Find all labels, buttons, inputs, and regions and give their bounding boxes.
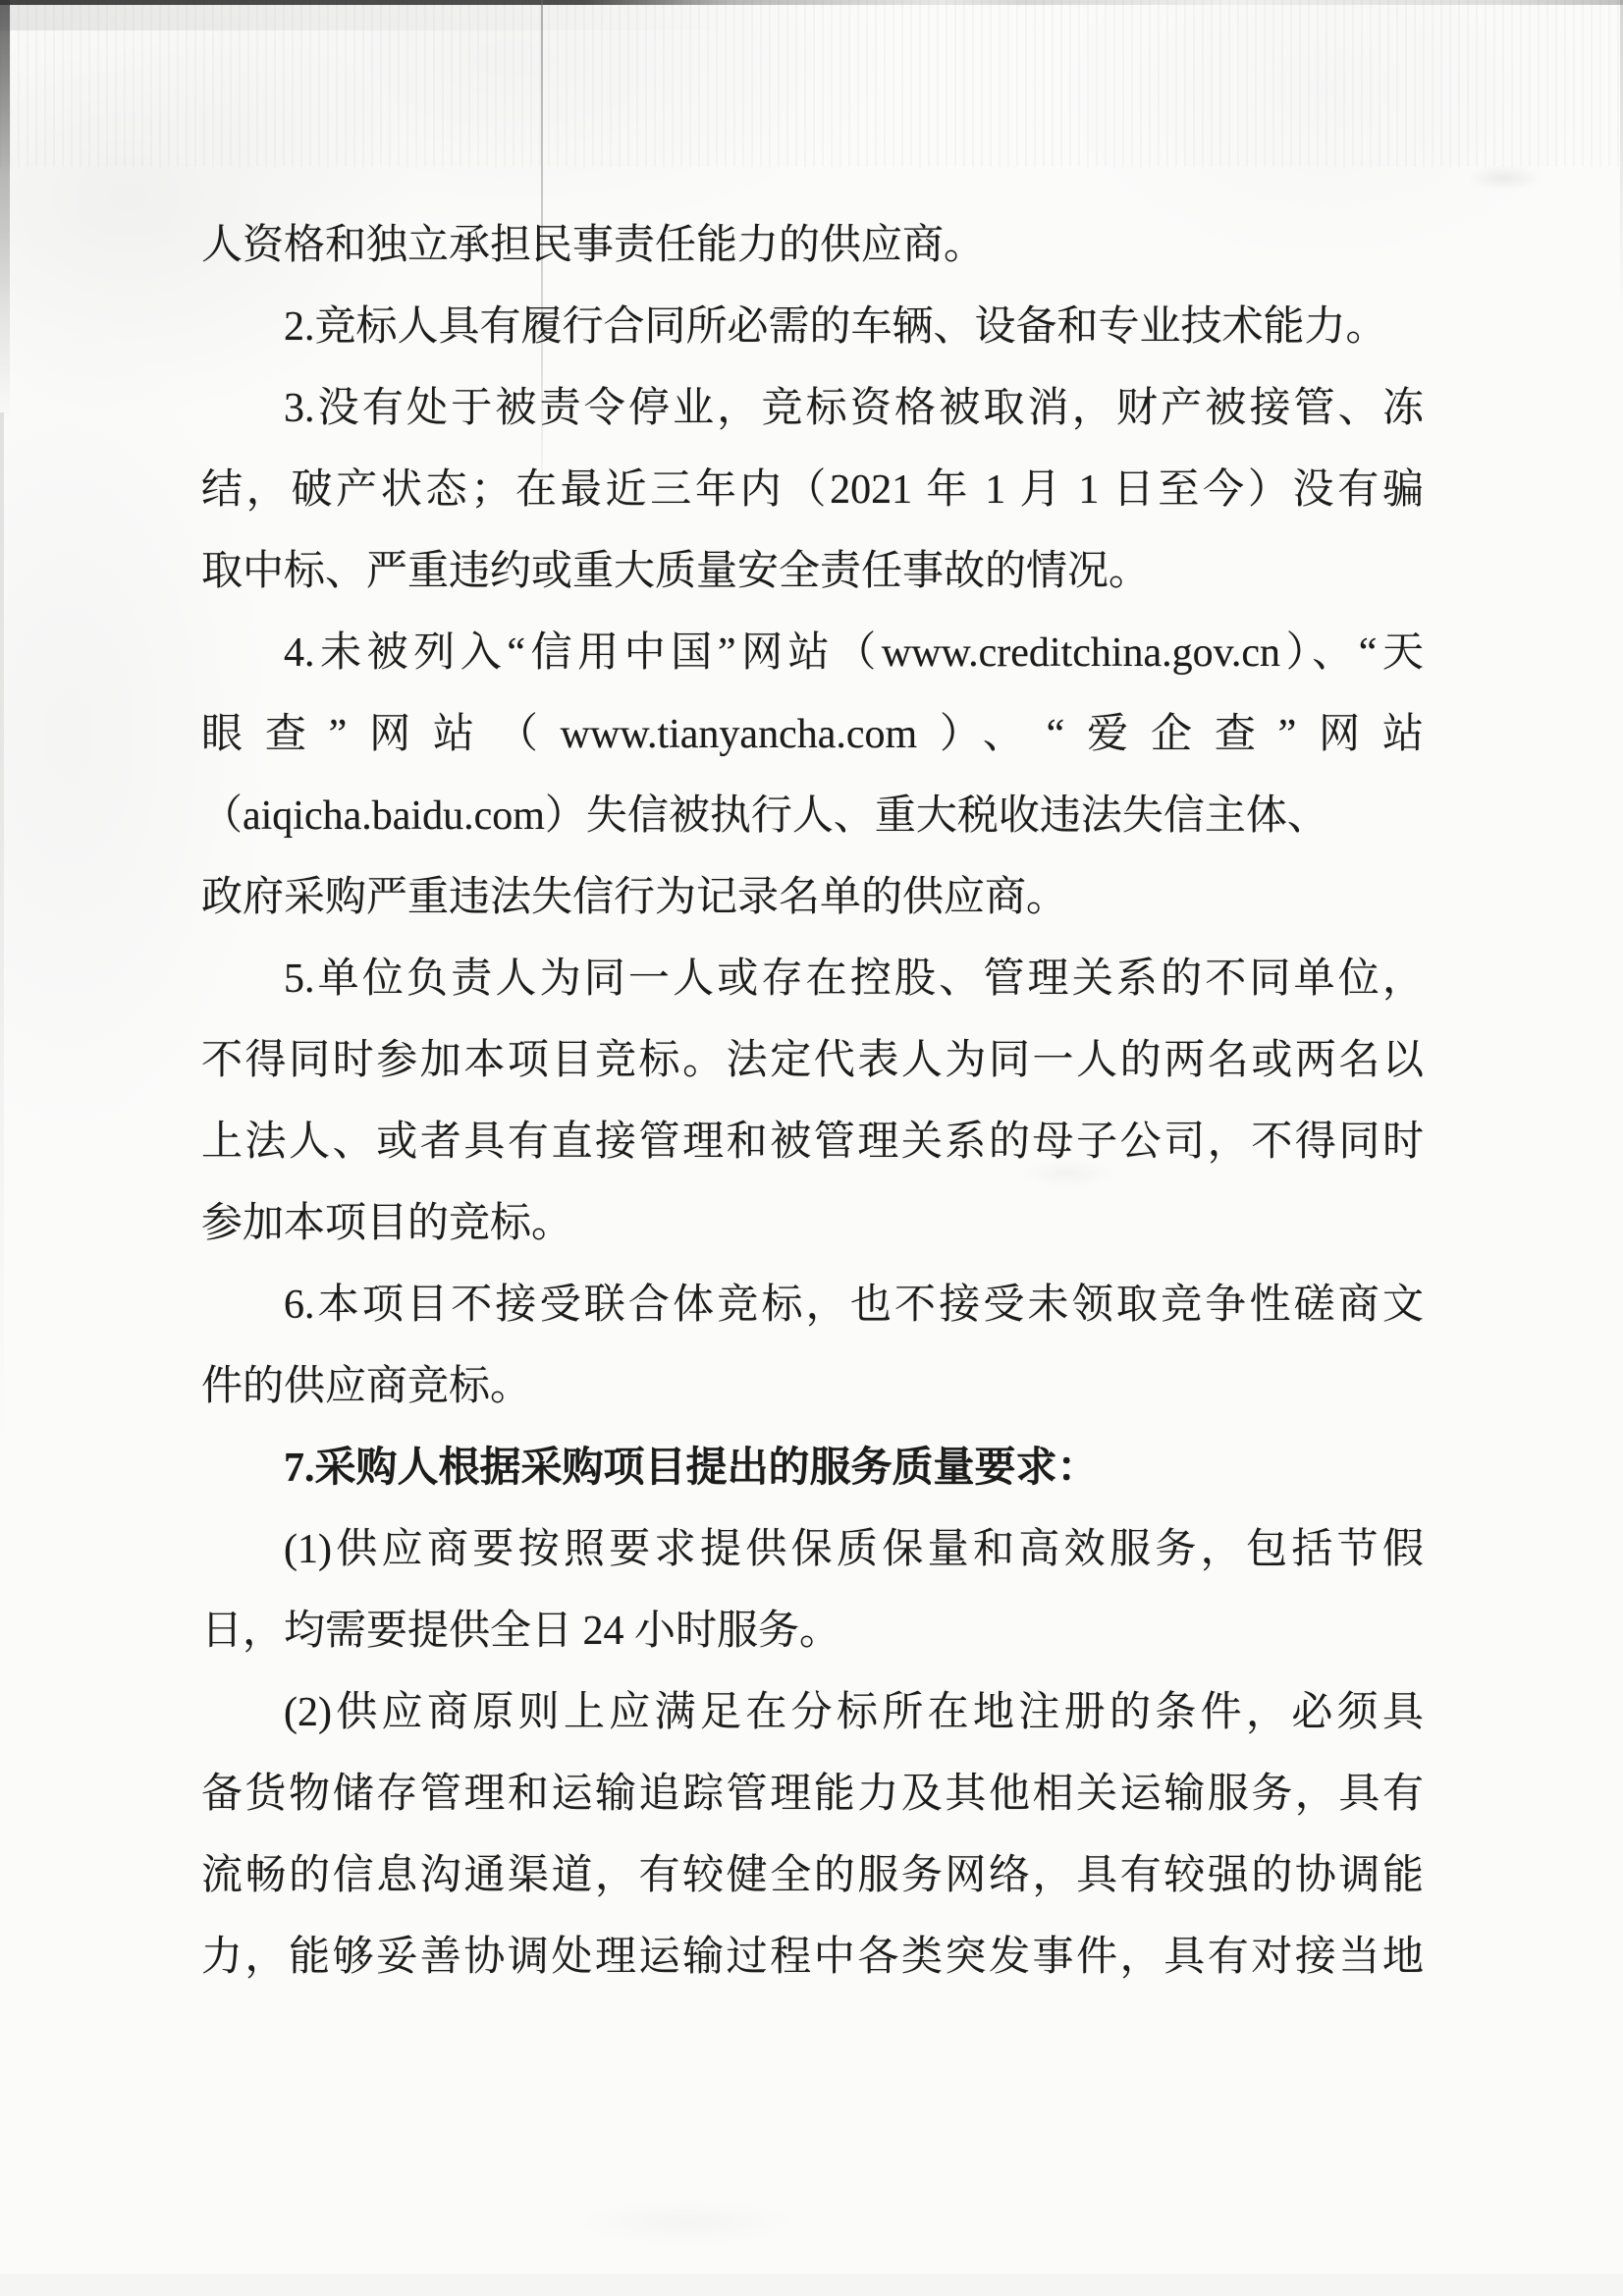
text-line: 上法人、或者具有直接管理和被管理关系的母子公司，不得同时: [201, 1102, 1424, 1183]
text-line: （aiqicha.baidu.com）失信被执行人、重大税收违法失信主体、: [201, 776, 1424, 857]
text-line: 参加本项目的竞标。: [201, 1183, 1424, 1265]
text-line: 眼查”网站（www.tianyancha.com）、“爱企查”网站: [201, 694, 1424, 776]
text-line: 3.没有处于被责令停业，竞标资格被取消，财产被接管、冻: [201, 368, 1424, 450]
scan-artifact-left-edge: [0, 0, 10, 422]
text-line: 2.竞标人具有履行合同所必需的车辆、设备和专业技术能力。: [201, 287, 1424, 368]
text-line: 4.未被列入“信用中国”网站（www.creditchina.gov.cn）、“…: [201, 613, 1424, 694]
text-line: 力，能够妥善协调处理运输过程中各类突发事件，具有对接当地: [201, 1917, 1424, 1998]
scan-artifact-top-edge: [0, 0, 1623, 5]
text-line: 取中标、严重违约或重大质量安全责任事故的情况。: [201, 531, 1424, 613]
scan-artifact-ghost-smudge: [579, 2200, 795, 2245]
text-line: 流畅的信息沟通渠道，有较健全的服务网络，具有较强的协调能: [201, 1835, 1424, 1917]
scan-artifact-bottom-band: [0, 2274, 1623, 2296]
text-line: 不得同时参加本项目竞标。法定代表人为同一人的两名或两名以: [201, 1020, 1424, 1102]
scanned-document-page: 人资格和独立承担民事责任能力的供应商。2.竞标人具有履行合同所必需的车辆、设备和…: [0, 0, 1623, 2296]
text-line: (2)供应商原则上应满足在分标所在地注册的条件，必须具: [201, 1672, 1424, 1754]
text-line: 人资格和独立承担民事责任能力的供应商。: [201, 205, 1424, 287]
scan-artifact-left-edge-faint: [0, 412, 4, 1444]
text-line: (1)供应商要按照要求提供保质保量和高效服务，包括节假: [201, 1509, 1424, 1591]
scan-artifact-ghost-smudge: [1468, 165, 1541, 191]
text-line: 6.本项目不接受联合体竞标，也不接受未领取竞争性磋商文: [201, 1265, 1424, 1346]
text-line: 备货物储存管理和运输追踪管理能力及其他相关运输服务，具有: [201, 1754, 1424, 1835]
text-line: 结，破产状态；在最近三年内（2021 年 1 月 1 日至今）没有骗: [201, 450, 1424, 531]
text-line: 5.单位负责人为同一人或存在控股、管理关系的不同单位，: [201, 939, 1424, 1020]
text-line: 7.采购人根据采购项目提出的服务质量要求：: [201, 1428, 1424, 1509]
scan-artifact-top-smudge: [0, 5, 746, 30]
text-line: 政府采购严重违法失信行为记录名单的供应商。: [201, 857, 1424, 939]
text-line: 日，均需要提供全日 24 小时服务。: [201, 1591, 1424, 1672]
text-line: 件的供应商竞标。: [201, 1346, 1424, 1428]
document-body: 人资格和独立承担民事责任能力的供应商。2.竞标人具有履行合同所必需的车辆、设备和…: [201, 205, 1424, 1998]
